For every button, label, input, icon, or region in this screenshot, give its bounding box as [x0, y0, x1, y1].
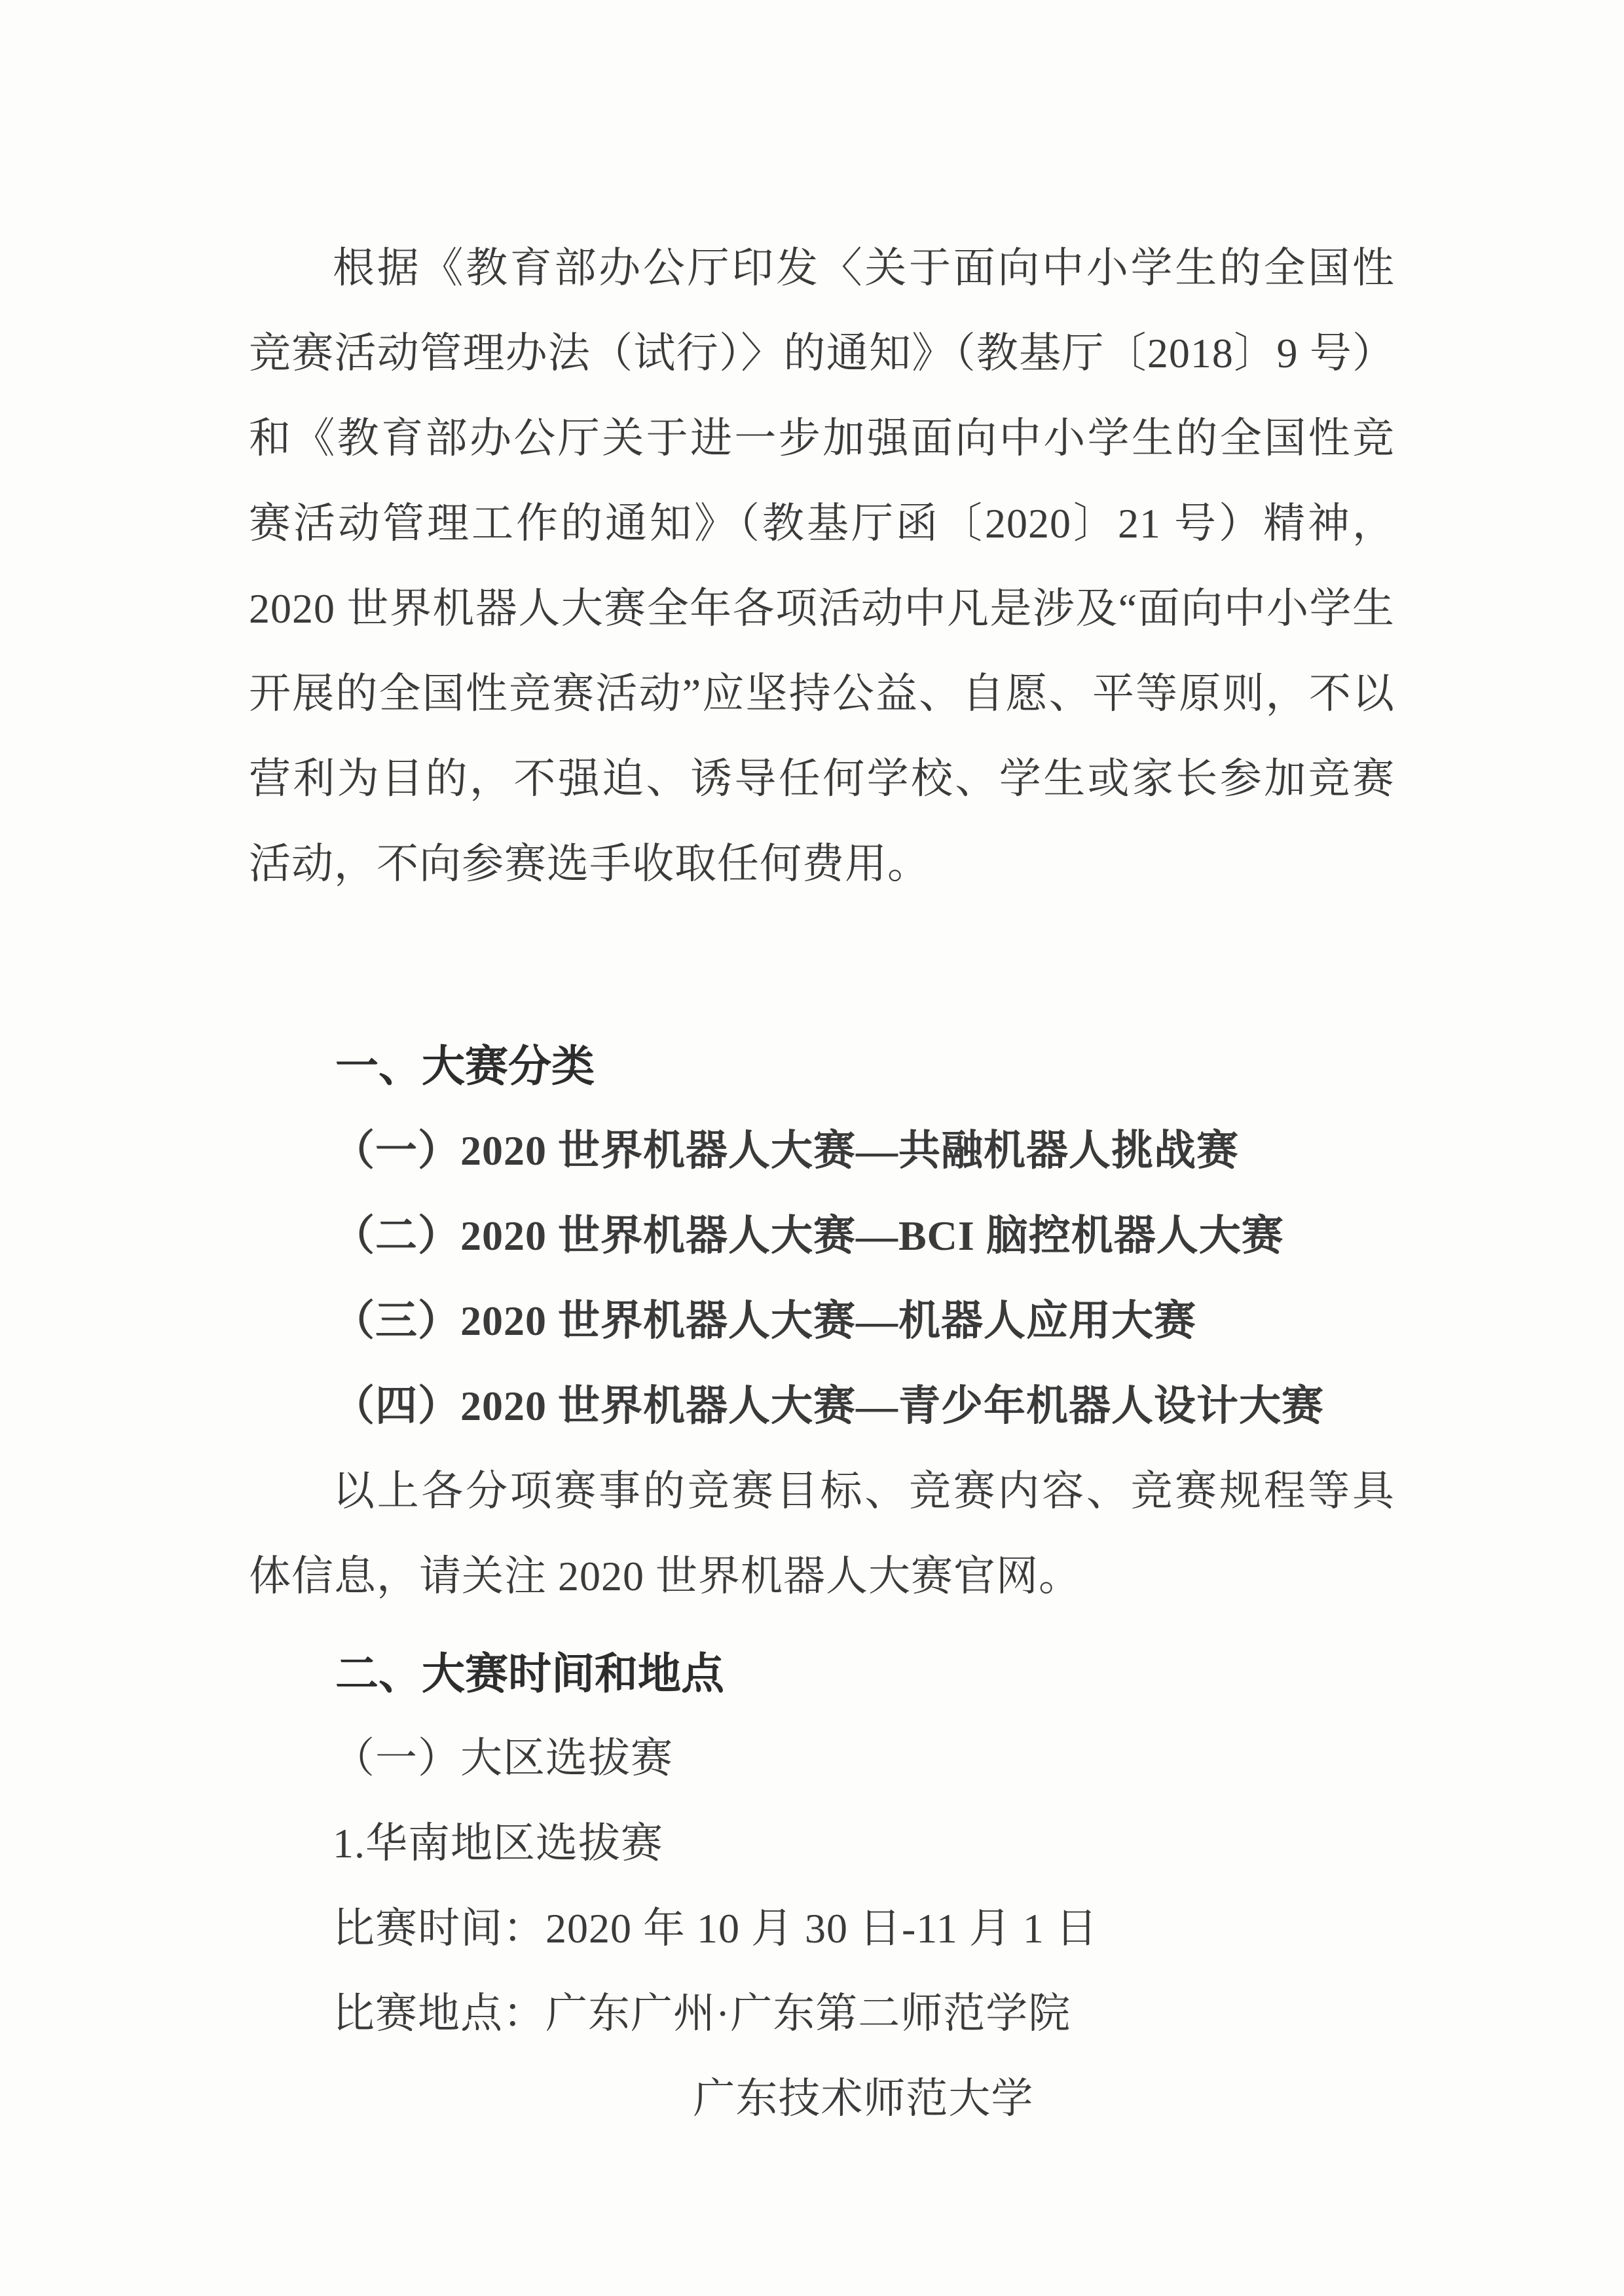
region-selection-subheading: （一）大区选拔赛 [249, 1716, 1395, 1801]
section1-heading: 一、大赛分类 [249, 1023, 1395, 1108]
contest-item-4: （四）2020 世界机器人大赛—青少年机器人设计大赛 [249, 1364, 1395, 1449]
south-china-selection-subheading: 1.华南地区选拔赛 [249, 1801, 1395, 1886]
competition-venue-line-2: 广东技术师范大学 [249, 2056, 1395, 2141]
contest-item-2: （二）2020 世界机器人大赛—BCI 脑控机器人大赛 [249, 1194, 1395, 1279]
competition-time-line: 比赛时间：2020 年 10 月 30 日-11 月 1 日 [249, 1886, 1395, 1971]
contest-item-3: （三）2020 世界机器人大赛—机器人应用大赛 [249, 1279, 1395, 1364]
competition-venue-line: 比赛地点：广东广州·广东第二师范学院 [249, 1971, 1395, 2056]
contest-item-1: （一）2020 世界机器人大赛—共融机器人挑战赛 [249, 1108, 1395, 1194]
section2-heading: 二、大赛时间和地点 [249, 1631, 1395, 1716]
section1-note: 以上各分项赛事的竞赛目标、竞赛内容、竞赛规程等具体信息，请关注 2020 世界机… [249, 1449, 1395, 1619]
document-page: 根据《教育部办公厅印发〈关于面向中小学生的全国性竞赛活动管理办法（试行）〉的通知… [0, 0, 1624, 2296]
intro-paragraph: 根据《教育部办公厅印发〈关于面向中小学生的全国性竞赛活动管理办法（试行）〉的通知… [249, 226, 1395, 907]
